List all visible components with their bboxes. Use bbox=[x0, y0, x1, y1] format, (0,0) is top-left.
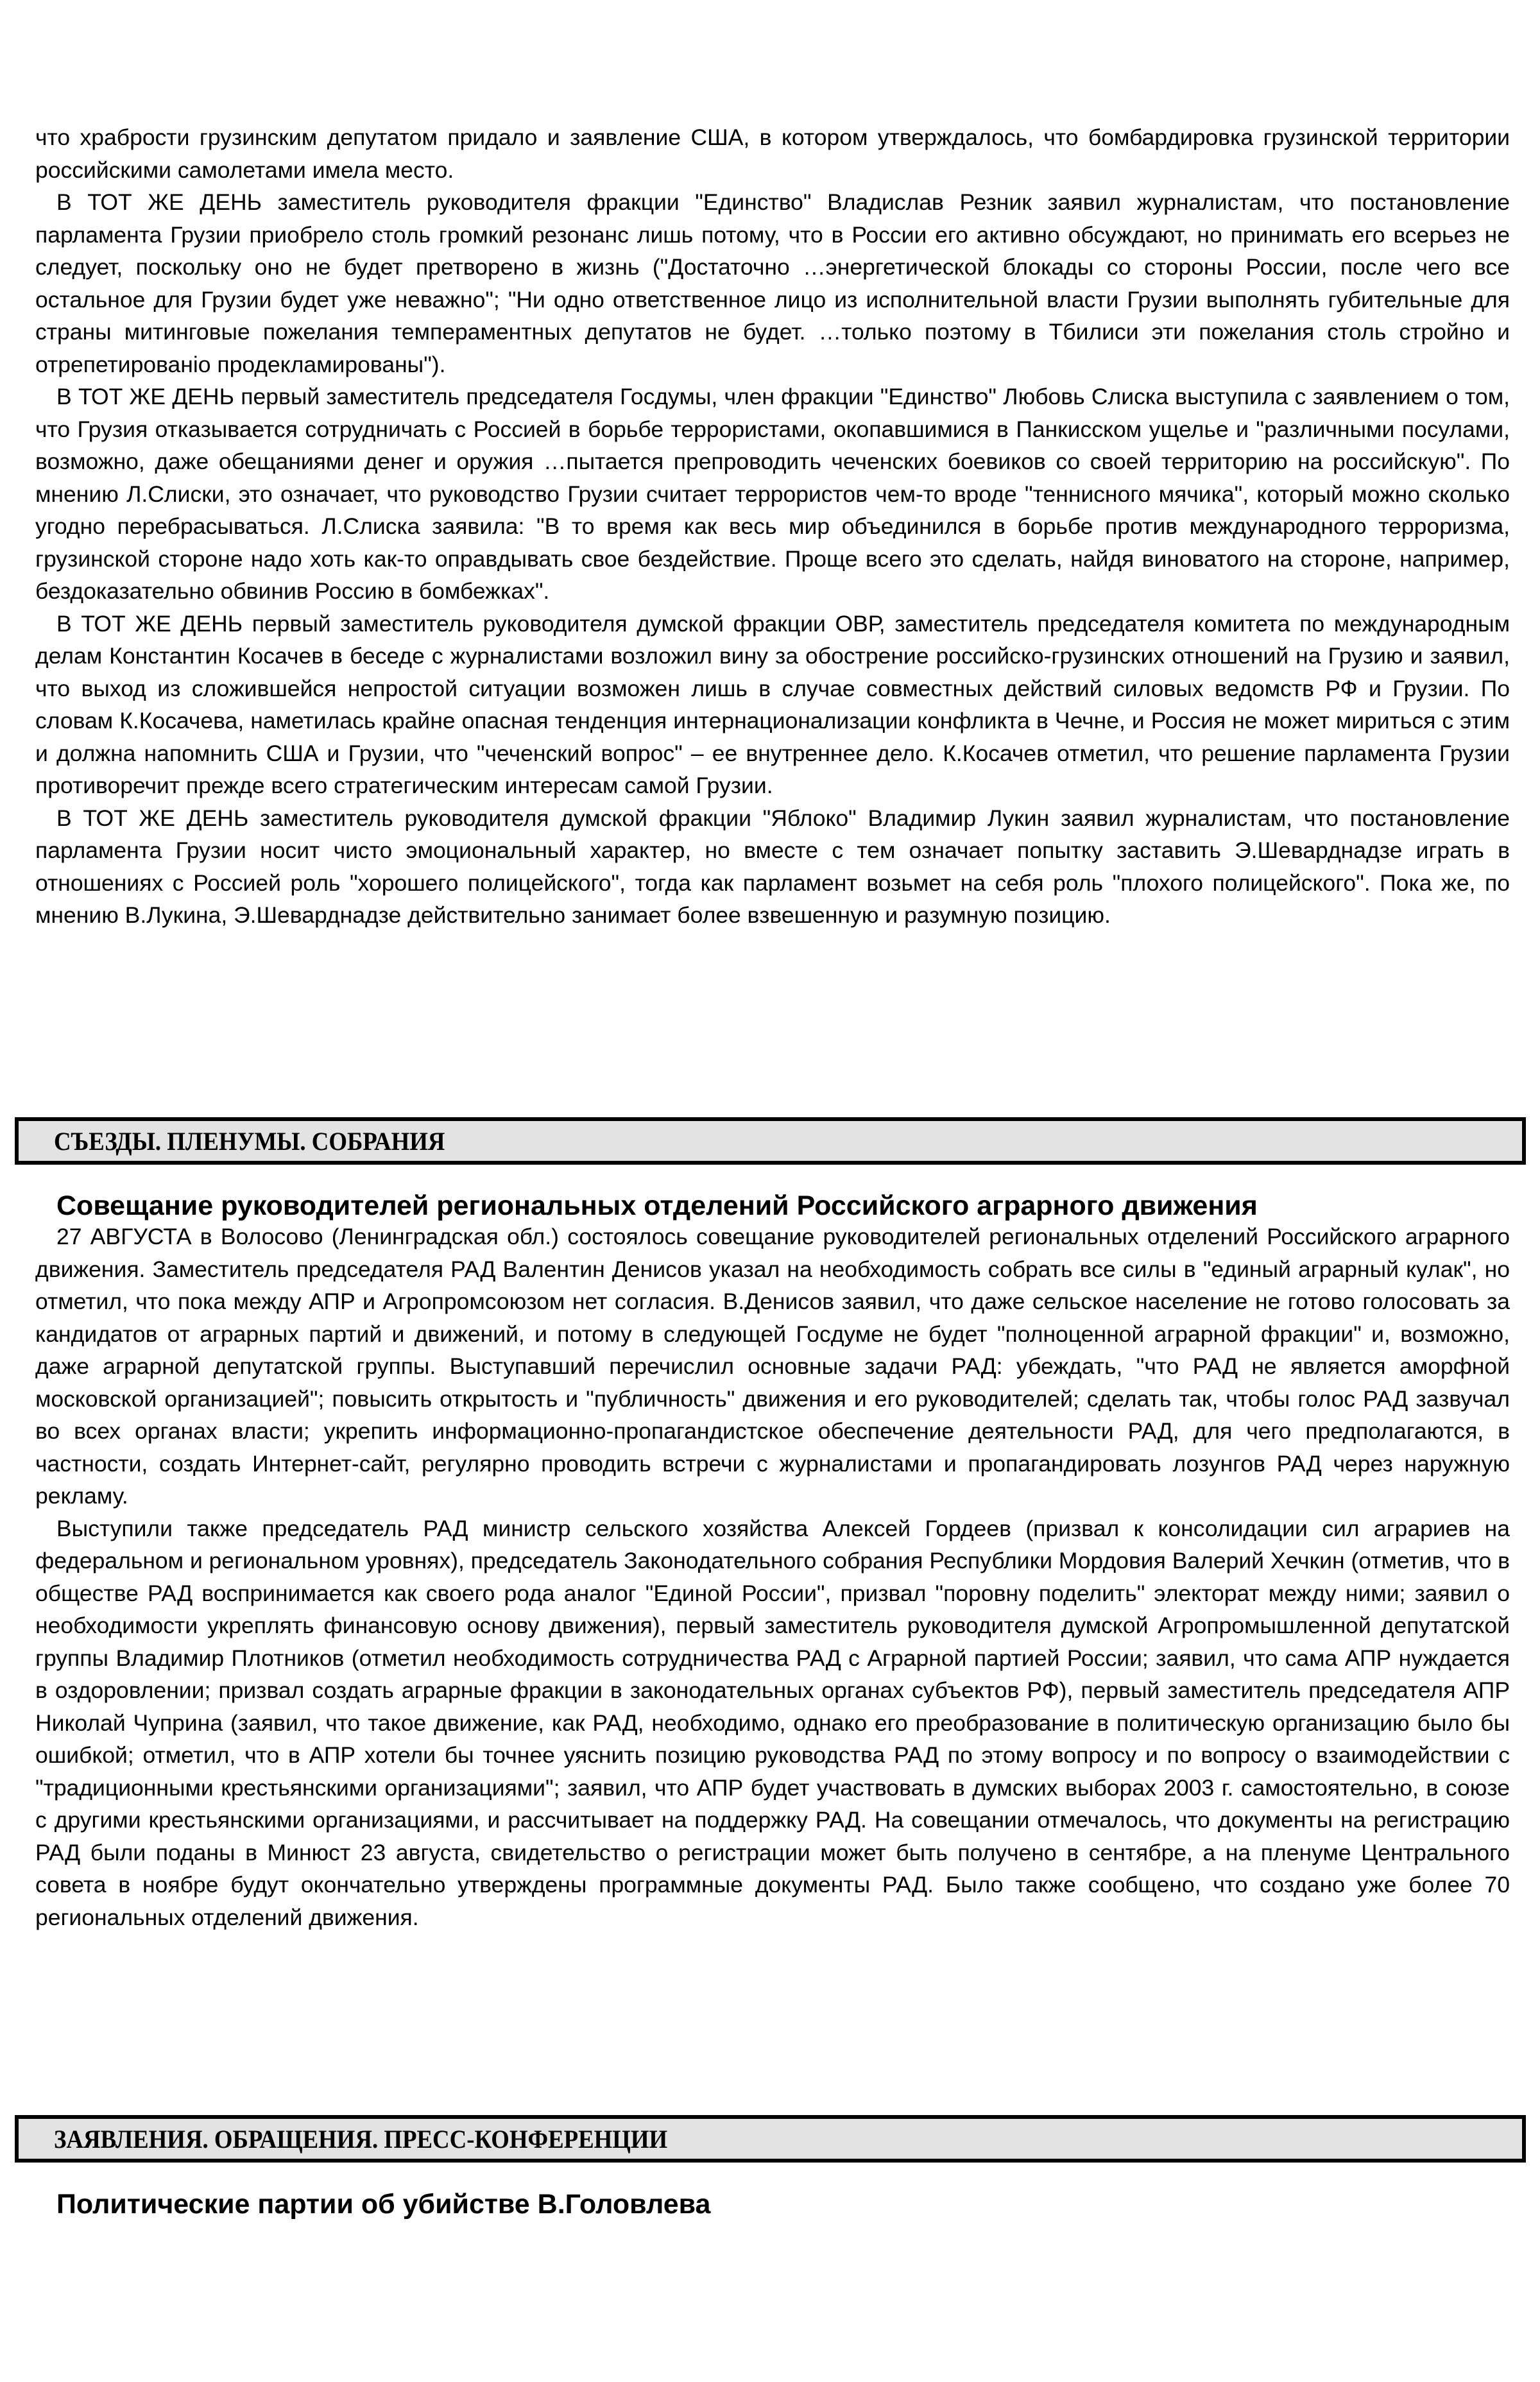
paragraph: Выступили также председатель РАД министр… bbox=[35, 1512, 1510, 1934]
paragraph: В ТОТ ЖЕ ДЕНЬ первый заместитель председ… bbox=[35, 381, 1510, 608]
article-continuation: что храбрости грузинским депутатом прида… bbox=[35, 121, 1510, 932]
section-title: СЪЕЗДЫ. ПЛЕНУМЫ. СОБРАНИЯ bbox=[54, 1126, 445, 1157]
section-title: ЗАЯВЛЕНИЯ. ОБРАЩЕНИЯ. ПРЕСС-КОНФЕРЕНЦИИ bbox=[54, 2124, 667, 2155]
paragraph: 27 АВГУСТА в Волосово (Ленинградская обл… bbox=[35, 1221, 1510, 1512]
paragraph: В ТОТ ЖЕ ДЕНЬ первый заместитель руковод… bbox=[35, 608, 1510, 802]
paragraph: В ТОТ ЖЕ ДЕНЬ заместитель руководителя ф… bbox=[35, 186, 1510, 381]
article-title: Политические партии об убийстве В.Головл… bbox=[56, 2188, 710, 2220]
section-header-box: СЪЕЗДЫ. ПЛЕНУМЫ. СОБРАНИЯ bbox=[15, 1117, 1526, 1165]
article-body: 27 АВГУСТА в Волосово (Ленинградская обл… bbox=[35, 1221, 1510, 1933]
paragraph: что храбрости грузинским депутатом прида… bbox=[35, 121, 1510, 186]
paragraph: В ТОТ ЖЕ ДЕНЬ заместитель руководителя д… bbox=[35, 802, 1510, 932]
document-page: что храбрости грузинским депутатом прида… bbox=[0, 0, 1540, 2382]
section-header-box: ЗАЯВЛЕНИЯ. ОБРАЩЕНИЯ. ПРЕСС-КОНФЕРЕНЦИИ bbox=[15, 2115, 1526, 2163]
article-title: Совещание руководителей региональных отд… bbox=[56, 1190, 1258, 1222]
